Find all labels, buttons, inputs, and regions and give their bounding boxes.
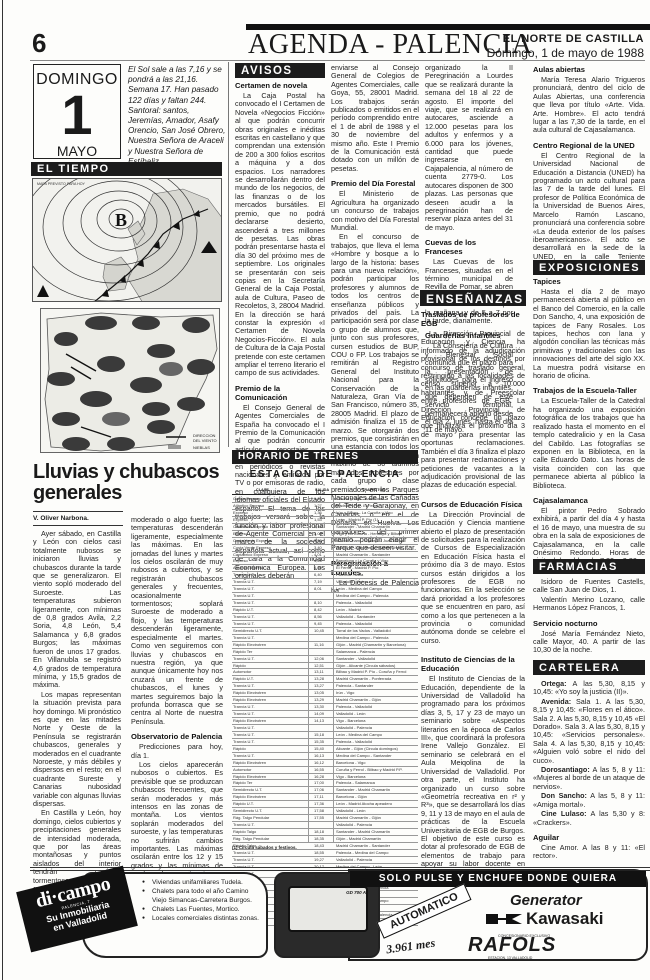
notice-title: Servicio nocturno: [533, 619, 645, 628]
route: Gijón - Alicante (Circula sábados): [336, 663, 418, 670]
table-row: Rápido Ter17,00Palencia - Salamanca: [232, 780, 418, 787]
route: Vigo y La Coruña - Hendaya y Bilbao: [336, 531, 418, 538]
route: Valladolid - León: [336, 579, 418, 586]
table-row: Rápido Electrotren14,13Vigo - Barcelona: [232, 718, 418, 725]
table-row: Semidirecto U.T.10,45Torral de los Vados…: [232, 628, 418, 635]
cartelera-col: Ortega: A las 5,30, 8,15 y 10,45: «Yo so…: [533, 680, 645, 862]
train-schedule: HORARIO DE TRENES ESTACION DE PALENCIA C…: [232, 450, 418, 850]
paragraph: moderado o algo fuerte; las temperaturas…: [131, 516, 223, 726]
departure-time: 1,27: [314, 503, 332, 510]
trains-table-body: Galicia Expreso1,11Coruña y Vigo - Barce…: [232, 496, 418, 926]
route: Vigo - Barcelona: [336, 774, 418, 781]
notice-title: Trabajos de la Escuela-Taller: [533, 386, 645, 395]
table-row: Atlántico Expreso1,27Madrid P. Pío - El …: [232, 503, 418, 510]
route: Santander - Madrid Chamartín: [336, 787, 418, 794]
newspaper-name: EL NORTE DE CASTILLA: [503, 33, 644, 45]
table-row: Semidirecto U.T.17,58Valladolid - León: [232, 808, 418, 815]
dicampo-ad[interactable]: di·campo PALENCIA, 7 Su Inmobiliaria en …: [22, 868, 270, 968]
table-row: Tranvía U.T.Valladolid - Palencia: [232, 822, 418, 829]
page-number: 6: [32, 28, 46, 59]
route: Valladolid - Palencia: [336, 725, 418, 732]
train-class: Costa Verde Expreso: [233, 538, 301, 545]
table-row: Rápido Electrotren16,12Barcelona - Vigo: [232, 760, 418, 767]
train-class: Rág. Talgo Pendular: [233, 836, 301, 843]
table-row: Automotor16,55Coruña y Ferrol - Bilbao y…: [232, 767, 418, 774]
train-class: Tranvía U.T.: [233, 600, 301, 607]
departure-time: 15,18: [314, 732, 332, 739]
byline-rule-bottom: [33, 525, 123, 526]
departure-time: 4,55: [314, 565, 332, 572]
notice-title: Aulas abiertas: [533, 65, 645, 74]
route: Alicante - Gijón (Circula domingos): [336, 746, 418, 753]
observatorio-title: Observatorio de Palencia: [131, 732, 223, 741]
departure-time: 14,13: [314, 718, 332, 725]
table-row: Rág. Talgo Pendular17,55Madrid Chamartín…: [232, 815, 418, 822]
table-row: Tranvía U.T.19,27Valladolid - Palencia: [232, 857, 418, 864]
train-class: Tranvía U.T.: [233, 732, 301, 739]
train-class: Galicia Expreso: [233, 496, 301, 503]
table-row: Tranvía U.T.15,18León - Medina del Campo: [232, 732, 418, 739]
train-class: Costa Verde Expreso: [233, 545, 301, 552]
route: Gijón y S. Juan Nieva - Madrid Cham.: [336, 545, 418, 552]
train-class: Automotor: [233, 767, 301, 774]
listing: Cine Lulaso: A las 5,30 y 8: «Crackers».: [533, 810, 645, 827]
train-class: Rápido Talgo: [233, 829, 301, 836]
train-class: Expreso: [233, 510, 301, 517]
departure-time: 18,55: [314, 850, 332, 857]
departure-time: 17,36: [314, 801, 332, 808]
departure-time: 17,06: [314, 787, 332, 794]
route: Valladolid - León: [336, 808, 418, 815]
train-class: Semidirecto U.T.: [233, 808, 301, 815]
product-name: Generator: [510, 892, 582, 909]
departure-time: 14,09: [314, 711, 332, 718]
route: León - Medina del Campo: [336, 732, 418, 739]
route: León - Madrid Atocha apeadero: [336, 801, 418, 808]
list-item: Viviendas unifamiliares Tudela.: [142, 878, 264, 887]
train-class: Tranvía U.T.: [233, 822, 301, 829]
trains-table-header: CLASE SALIDA TRAYECTOS: [232, 486, 418, 495]
route: Madrid Cham. - Gijón y S. Juan Nieva: [336, 538, 418, 545]
paragraph: Predicciones para hoy, día 1.: [131, 743, 223, 760]
table-row: Rápido Talgo18,18Santander - Madrid Cham…: [232, 829, 418, 836]
paragraph: Isidoro de Fuentes Castells, calle San J…: [533, 578, 645, 595]
table-row: Tranvía U.T.8,10Palencia - Valladolid: [232, 600, 418, 607]
weather-heading: EL TIEMPO: [31, 162, 222, 176]
train-class: Atlántico Expreso: [233, 565, 301, 572]
avisos-heading: AVISOS: [235, 63, 325, 78]
paragraph: Cine Amor. A las 8 y 11: «El rector».: [533, 844, 645, 861]
route: Medina del Campo - Palencia: [336, 635, 418, 642]
departure-time: 13,30: [314, 704, 332, 711]
route: Barcelona - Vigo: [336, 760, 418, 767]
route: Santander - Madrid Chamartín: [336, 524, 418, 531]
route: Irún y Bilbao - La Coruña y Vigo: [336, 510, 418, 517]
table-row: Tranvía U.T.8,01León - Medina del Campo: [232, 586, 418, 593]
table-row: Rápido U.T.8,42León - Madrid: [232, 607, 418, 614]
paragraph: Valentín Merino Lozano, calle Hermanos L…: [533, 596, 645, 613]
table-row: Expreso1,36Irún y Bilbao - La Coruña y V…: [232, 510, 418, 517]
departure-time: 15,35: [314, 739, 332, 746]
list-item: Chalets para todo el año Camino Viejo Si…: [142, 887, 264, 905]
paragraph: organizado la II Peregrinación a Lourdes…: [425, 64, 513, 232]
column-header: CLASE: [256, 488, 269, 492]
paragraph: La Dirección Provincial de Educación y C…: [421, 511, 525, 646]
notice-title: Aguilar: [533, 833, 645, 842]
notice-title: Cursos de Educación Física: [421, 500, 525, 509]
departure-time: 4,26: [314, 558, 332, 565]
table-row: Tranvía U.T.Valladolid - Palencia: [232, 725, 418, 732]
departure-time: 17,58: [314, 808, 332, 815]
table-row: Tranvía U.T.Medina del Campo - Palencia: [232, 593, 418, 600]
route: Vigo - Barcelona: [336, 718, 418, 725]
header-rule: [30, 60, 645, 61]
route: El Ferrol - Madrid P. Pío: [336, 565, 418, 572]
train-class: Rápido U.T.: [233, 801, 301, 808]
trains-heading: HORARIO DE TRENES: [232, 450, 418, 464]
train-class: Semidirecto U.T.: [233, 628, 301, 635]
farmacias-heading: FARMACIAS: [533, 559, 645, 574]
farmacias-col: Isidoro de Fuentes Castells, calle San J…: [533, 578, 645, 656]
paragraph: Los mapas representan la situación previ…: [33, 691, 121, 809]
table-row: Tranvía U.T.15,35Palencia - Valladolid: [232, 739, 418, 746]
departure-time: 3,43: [314, 524, 332, 531]
trains-station-title: ESTACION DE PALENCIA: [232, 469, 418, 480]
departure-time: 9,45: [314, 621, 332, 628]
issue-date: Domingo, 1 de mayo de 1988: [487, 46, 644, 60]
table-row: Tranvía U.T.8,56Valladolid - Santander: [232, 614, 418, 621]
route: Santander - Valladolid: [336, 656, 418, 663]
weather-map-europe: B MAPA PREVISTO PARA HOY: [32, 178, 222, 302]
departure-time: 17,00: [314, 780, 332, 787]
departure-time: 3,40: [314, 545, 332, 552]
route: Santander - Madrid Chamartín: [336, 829, 418, 836]
departure-time: 13,28: [314, 676, 332, 683]
paragraph: enviarse al Consejo General de Colegios …: [331, 64, 419, 173]
forecast-map-icon: [41, 309, 220, 453]
route: León - Madrid: [336, 607, 418, 614]
paragraph: Ayer sábado, en Castilla y León con ciel…: [33, 530, 121, 690]
train-class: Cantábrico Expreso: [233, 524, 301, 531]
table-row: Tranvía U.T.18,55Palencia - Medina del C…: [232, 850, 418, 857]
route: Madrid P. Pío - El Ferrol: [336, 503, 418, 510]
table-row: Rápido15,40Alicante - Gijón (Circula dom…: [232, 746, 418, 753]
list-item: Chalets Las Fuentes, Mortico.: [142, 905, 264, 914]
notice-title: Centro Regional de la UNED: [533, 141, 645, 150]
departure-time: 8,56: [314, 614, 332, 621]
table-row: Rápido Electrotren13,05Irún - Vigo: [232, 690, 418, 697]
weather-headline: Lluvias y chubascos generales: [33, 462, 228, 504]
departure-time: 18,43: [314, 843, 332, 850]
departure-time: 7,19: [314, 579, 332, 586]
departure-time: 13,05: [314, 690, 332, 697]
paragraph: La Escuela-Taller de la Catedral ha orga…: [533, 397, 645, 489]
train-class: Rápido Electrotren: [233, 718, 301, 725]
route: Madrid Chamartín - Ponferrada: [336, 676, 418, 683]
train-class: Rápido Electrotren: [233, 697, 301, 704]
listing: Ortega: A las 5,30, 8,15 y 10,45: «Yo so…: [533, 680, 645, 697]
paragraph: María Teresa Alario Trigueros pronunciar…: [533, 76, 645, 135]
route: Gijón - Madrid Chamartín: [336, 836, 418, 843]
notice-title: Traslados de profesores de EGB: [421, 310, 525, 328]
cartelera-heading: CARTELERA: [533, 660, 645, 675]
table-row: Expreso1,53León - Madrid P. Pío (1): [232, 517, 418, 524]
paragraph: La Caja Postal ha convocado el I Certame…: [235, 92, 325, 378]
train-class: Tranvía U.T.: [233, 586, 301, 593]
departure-time: 17,11: [314, 794, 332, 801]
route: Medina del Campo - Santander: [336, 753, 418, 760]
departure-time: 15,40: [314, 746, 332, 753]
departure-time: 16,13: [314, 753, 332, 760]
paragraph: La Dirección Provincial de Educación y C…: [421, 330, 525, 490]
table-row: Automotor13,11Bilbao y Madrid P. Pío - C…: [232, 669, 418, 676]
column-header: SALIDA: [315, 488, 329, 492]
train-class: Tranvía U.T.: [233, 593, 301, 600]
dealer-name: RAFOLS: [468, 934, 556, 957]
kawasaki-logo-icon: [486, 912, 522, 926]
list-item: Locales comerciales distintas zonas.: [142, 914, 264, 923]
byline: V. Oliver Narbona.: [33, 515, 89, 522]
table-row: Tranvía U.T.14,09Valladolid - León: [232, 711, 418, 718]
paragraph: Hasta el día 2 de mayo permanecerá abier…: [533, 288, 645, 380]
route: Madrid Chamartín - Santander: [336, 843, 418, 850]
departure-time: 13,29: [314, 697, 332, 704]
departure-time: 1,53: [314, 517, 332, 524]
table-row: Cantábrico Expreso3,43Santander - Madrid…: [232, 524, 418, 531]
route: León - Medina del Campo: [336, 586, 418, 593]
table-row: Cantábrico Expreso4,01Madrid Chamartín -…: [232, 552, 418, 559]
page-edge-rule: [2, 0, 3, 980]
property-list: Viviendas unifamiliares Tudela. Chalets …: [142, 878, 264, 923]
train-class: Tranvía U.T.: [233, 621, 301, 628]
train-class: Tranvía U.T.: [233, 857, 301, 864]
departure-time: 18,35: [314, 836, 332, 843]
listing: Don Sancho: A las 5, 8 y 11: «Amiga mort…: [533, 792, 645, 809]
ensenanzas-heading: ENSEÑANZAS: [420, 290, 526, 306]
train-class: Tranvía U.T.: [233, 572, 301, 579]
notice-title: Premio de la Comunicación: [235, 384, 325, 402]
weather-map-spain: DIRECCION DEL VIENTO NIEBLAS: [40, 308, 220, 453]
route: Valladolid - León: [336, 711, 418, 718]
table-row: Rápido Electrotren13,29Madrid Chamartín …: [232, 697, 418, 704]
table-row: Tranvía U.T.16,13Medina del Campo - Sant…: [232, 753, 418, 760]
train-class: Rápido: [233, 746, 301, 753]
paragraph: El Centro Regional de la Universidad Nac…: [533, 152, 645, 270]
table-row: Rág. Talgo Pendular18,35Gijón - Madrid C…: [232, 836, 418, 843]
column-header: TRAYECTOS: [362, 488, 385, 492]
notice-title: Tapices: [533, 277, 645, 286]
route: Barcelona - Gijón: [336, 794, 418, 801]
train-class: Expreso: [233, 558, 301, 565]
table-row: Tranvía U.T.Medina del Campo - Palencia: [232, 635, 418, 642]
train-class: Rápido Electrotren: [233, 642, 301, 649]
column-rule: [228, 62, 229, 447]
listing: Dorosantiago: A las 5, 8 y 11: «Mujeres …: [533, 766, 645, 791]
train-class: Expreso: [233, 517, 301, 524]
train-class: Rápido U.T.: [233, 607, 301, 614]
svg-text:MAPA PREVISTO PARA HOY: MAPA PREVISTO PARA HOY: [37, 182, 86, 186]
departure-time: 3,26: [314, 538, 332, 545]
train-class: Tranvía U.T.: [233, 579, 301, 586]
train-class: Rápido Ter: [233, 780, 301, 787]
departure-time: 8,01: [314, 586, 332, 593]
paragraph: José María Fernández Nieto, calle Mayor,…: [533, 630, 645, 655]
paragraph: El Ministerio de Agricultura ha organiza…: [331, 190, 419, 232]
train-class: Rápido U.T.: [233, 676, 301, 683]
table-row: Costa Verde Expreso3,40Gijón y S. Juan N…: [232, 545, 418, 552]
route: Palencia - Salamanca: [336, 780, 418, 787]
table-row: Costa Verde Expreso3,26Madrid Cham. - Gi…: [232, 538, 418, 545]
notice-title: Cuevas de los Franceses: [425, 238, 513, 256]
notice-title: Premio del Día Forestal: [331, 179, 419, 188]
listing: Avenida: Sala 1. A las 5,30, 8,15 y 10,4…: [533, 698, 645, 765]
table-row: Atlántico Expreso4,55El Ferrol - Madrid …: [232, 565, 418, 572]
route: Madrid Chamartín - Santander: [336, 552, 418, 559]
train-class: Rápido Electrotren: [233, 760, 301, 767]
exposiciones-col: Tapices Hasta el día 2 de mayo permanece…: [533, 276, 645, 575]
route: Valladolid - Santander: [336, 614, 418, 621]
exposiciones-heading: EXPOSICIONES: [533, 260, 645, 275]
fog-legend: NIEBLAS: [193, 445, 210, 450]
departure-time: 16,55: [314, 767, 332, 774]
paragraph: El Instituto de Ciencias de la Educación…: [421, 675, 525, 877]
right-column-top: Aulas abiertas María Teresa Alario Trigu…: [533, 64, 645, 271]
departure-time: 3,08: [314, 531, 332, 538]
table-row: Tranvía U.T.13,30Palencia - Valladolid: [232, 704, 418, 711]
table-row: Tranvía U.T.13,27Palencia - Santander: [232, 683, 418, 690]
train-class: Rápido Electrotren: [233, 794, 301, 801]
route: Valladolid - Palencia: [336, 822, 418, 829]
departure-time: 10,45: [314, 628, 332, 635]
table-row: Tranvía U.T.7,19Valladolid - León: [232, 579, 418, 586]
weather-article-col1: Ayer sábado, en Castilla y León con ciel…: [33, 530, 121, 903]
departure-time: 12,06: [314, 656, 332, 663]
notice-title: Cajasalamanca: [533, 496, 645, 505]
route: Palencia - Valladolid: [336, 621, 418, 628]
brand-name: Kawasaki: [526, 909, 604, 929]
train-class: Tranvía U.T.: [233, 656, 301, 663]
route: Coruña y Vigo - Barcelona: [336, 496, 418, 503]
notice-title: Instituto de Ciencias de la Educación: [421, 655, 525, 673]
route: Torral de los Vados - Valladolid: [336, 628, 418, 635]
departure-time: 1,36: [314, 510, 332, 517]
ensenanzas-col: Traslados de profesores de EGB La Direcc…: [421, 309, 525, 878]
departure-time: 4,01: [314, 552, 332, 559]
train-class: Expreso: [233, 531, 301, 538]
table-row: Rápido12,51Gijón - Alicante (Circula sáb…: [232, 663, 418, 670]
route: Palencia - Valladolid: [336, 600, 418, 607]
train-class: Automotor: [233, 669, 301, 676]
almanac-text: El Sol sale a las 7,16 y se pondrá a las…: [128, 65, 226, 167]
train-class: Rág. Talgo Pendular: [233, 815, 301, 822]
ad-slogan: SOLO PULSE Y ENCHUFE DONDE QUIERA: [350, 871, 646, 887]
route: Palencia - Medina del Campo: [336, 850, 418, 857]
route: Salamanca - Palencia: [336, 649, 418, 656]
route: Medina del Campo - Palencia: [336, 593, 418, 600]
route: Palencia - Valladolid: [336, 739, 418, 746]
kawasaki-ad[interactable]: GD 700 A SOLO PULSE Y ENCHUFE DONDE QUIE…: [268, 868, 650, 970]
route: Valladolid - Palencia: [336, 857, 418, 864]
departure-time: 12,51: [314, 663, 332, 670]
table-row: Expreso3,08Vigo y La Coruña - Hendaya y …: [232, 531, 418, 538]
departure-time: 18,18: [314, 829, 332, 836]
weather-article-col2: moderado o algo fuerte; las temperaturas…: [131, 516, 223, 888]
departure-time: 8,10: [314, 600, 332, 607]
byline-rule-top: [33, 511, 123, 512]
table-row: Tranvía U.T.9,45Palencia - Valladolid: [232, 621, 418, 628]
departure-time: 13,27: [314, 683, 332, 690]
route: Coruña y Ferrol - Bilbao y Madrid P.P.: [336, 767, 418, 774]
route: Gijón - Madrid (Chamartín y Barcelona): [336, 642, 418, 649]
train-class: Tranvía U.T.: [233, 850, 301, 857]
train-class: Tranvía U.T.: [233, 614, 301, 621]
train-class: Tranvía U.T.: [233, 739, 301, 746]
train-class: Cantábrico Expreso: [233, 552, 301, 559]
table-row: Galicia Expreso1,11Coruña y Vigo - Barce…: [232, 496, 418, 503]
train-class: Tranvía U.T.: [233, 704, 301, 711]
trains-footnote: (1) Circula sábados y festivos.: [232, 845, 297, 850]
dealer-address: ESTACION, 13 VALLADOLID: [488, 956, 532, 960]
table-row: Expreso4,26Barcelona - La Coruña y Vigo: [232, 558, 418, 565]
svg-text:B: B: [115, 210, 127, 230]
departure-time: 16,28: [314, 774, 332, 781]
table-row: Rápido U.T.17,36León - Madrid Atocha ape…: [232, 801, 418, 808]
route: Palencia - Avila: [336, 572, 418, 579]
isobar-map-icon: B MAPA PREVISTO PARA HOY: [33, 179, 222, 302]
table-row: Tranvía U.T.6,40Palencia - Avila: [232, 572, 418, 579]
departure-time: 11,16: [314, 642, 332, 649]
table-row: Rápido TerSalamanca - Palencia: [232, 649, 418, 656]
train-class: Atlántico Expreso: [233, 503, 301, 510]
train-class: Tranvía U.T.: [233, 753, 301, 760]
route: Bilbao y Madrid P. Pío - Coruña y Ferrol: [336, 669, 418, 676]
departure-time: 19,27: [314, 857, 332, 864]
table-row: Rápido U.T.13,28Madrid Chamartín - Ponfe…: [232, 676, 418, 683]
train-class: Tranvía U.T.: [233, 725, 301, 732]
departure-time: 16,12: [314, 760, 332, 767]
table-row: Tranvía U.T.12,06Santander - Valladolid: [232, 656, 418, 663]
route: Irún - Vigo: [336, 690, 418, 697]
departure-time: 6,40: [314, 572, 332, 579]
route: León - Madrid P. Pío (1): [336, 517, 418, 524]
train-class: Tranvía U.T.: [233, 635, 301, 642]
newspaper-page: 6 AGENDA - PALENCIA EL NORTE DE CASTILLA…: [0, 0, 650, 980]
departure-time: 13,11: [314, 669, 332, 676]
table-row: Rápido Electrotren16,28Vigo - Barcelona: [232, 774, 418, 781]
departure-time: 8,42: [314, 607, 332, 614]
route: Barcelona - La Coruña y Vigo: [336, 558, 418, 565]
route: Palencia - Santander: [336, 683, 418, 690]
route: Madrid Chamartín - Gijón: [336, 815, 418, 822]
notice-title: Certamen de novela: [235, 81, 325, 90]
train-class: Rápido: [233, 663, 301, 670]
departure-time: 17,55: [314, 815, 332, 822]
table-row: Rápido Electrotren11,16Gijón - Madrid (C…: [232, 642, 418, 649]
train-class: Tranvía U.T.: [233, 711, 301, 718]
train-class: Rápido Ter: [233, 649, 301, 656]
calendar-day: 1: [34, 89, 120, 141]
train-class: Semidirecto U.T.: [233, 787, 301, 794]
calendar-box: DOMINGO 1 MAYO: [33, 64, 121, 159]
route: Madrid Chamartín - Gijón: [336, 697, 418, 704]
train-class: Rápido Electrotren: [233, 690, 301, 697]
table-row: Rápido Electrotren17,11Barcelona - Gijón: [232, 794, 418, 801]
train-class: Tranvía U.T.: [233, 683, 301, 690]
table-row: Semidirecto U.T.17,06Santander - Madrid …: [232, 787, 418, 794]
route: Palencia - Valladolid: [336, 704, 418, 711]
wind-direction-legend: DIRECCION DEL VIENTO: [193, 433, 220, 443]
train-class: Rápido Electrotren: [233, 774, 301, 781]
